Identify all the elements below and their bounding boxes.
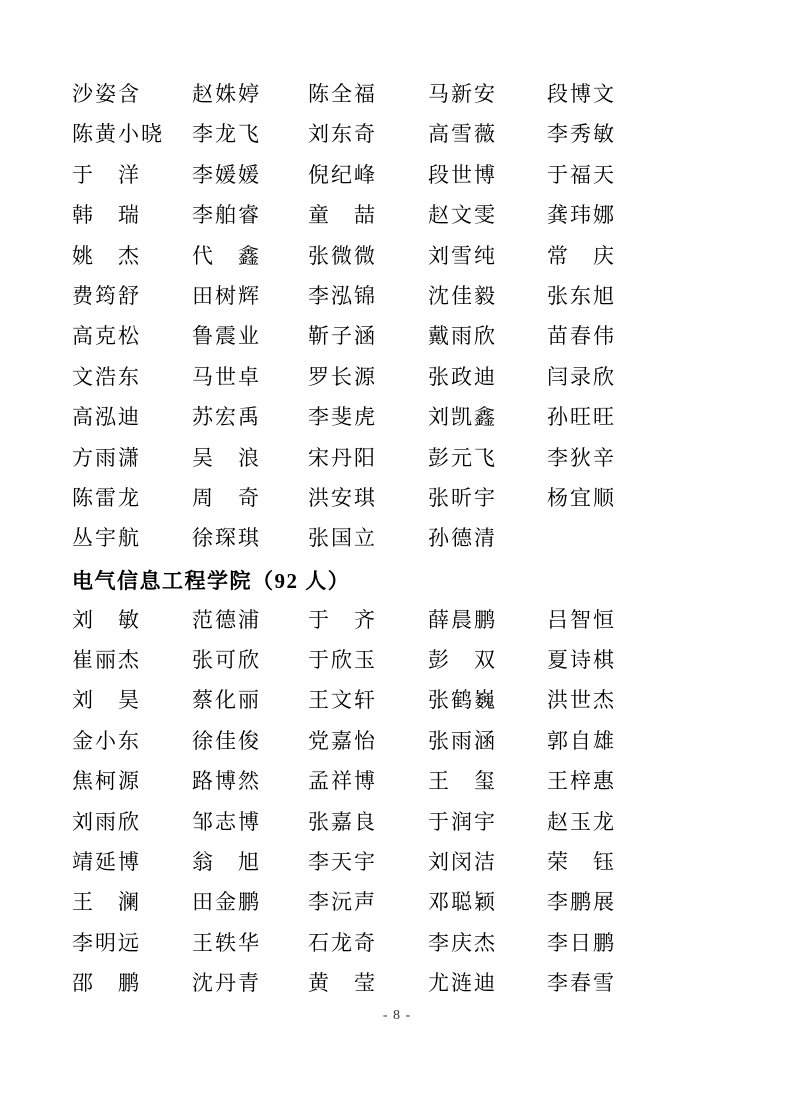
- student-name: 黄 莹: [308, 972, 428, 1012]
- student-name: 范德浦: [192, 609, 308, 649]
- student-name: 闫录欣: [547, 366, 732, 406]
- student-name: 王 澜: [72, 891, 192, 931]
- section-title: 电气信息工程学院（92 人）: [72, 568, 732, 609]
- student-name: 邹志博: [192, 811, 308, 851]
- student-name: 苗春伟: [547, 325, 732, 365]
- student-name: 于 洋: [72, 164, 192, 204]
- student-name: 沈丹青: [192, 972, 308, 1012]
- student-name: 陈黄小晓: [72, 123, 192, 163]
- student-name: 王 玺: [428, 770, 547, 810]
- student-name: 张雨涵: [428, 730, 547, 770]
- student-name: 王轶华: [192, 932, 308, 972]
- student-name: 荣 钰: [547, 851, 732, 891]
- student-name: 张政迪: [428, 366, 547, 406]
- student-name: 张东旭: [547, 285, 732, 325]
- student-name: 李舶睿: [192, 204, 308, 244]
- student-name: 杨宜顺: [547, 487, 732, 527]
- student-name: 李沅声: [308, 891, 428, 931]
- student-name: 崔丽杰: [72, 649, 192, 689]
- student-name: 赵姝婷: [192, 83, 308, 123]
- student-name: 徐佳俊: [192, 730, 308, 770]
- student-name: 沙姿含: [72, 83, 192, 123]
- student-name: 方雨潇: [72, 447, 192, 487]
- student-name: 田金鹏: [192, 891, 308, 931]
- student-name: 戴雨欣: [428, 325, 547, 365]
- student-name: 王文轩: [308, 689, 428, 729]
- student-name: 靳子涵: [308, 325, 428, 365]
- student-name: 段世博: [428, 164, 547, 204]
- student-name: 石龙奇: [308, 932, 428, 972]
- student-name: 鲁震业: [192, 325, 308, 365]
- student-name: 常 庆: [547, 245, 732, 285]
- student-name: 李狄辛: [547, 447, 732, 487]
- student-name: 段博文: [547, 83, 732, 123]
- student-name: 于欣玉: [308, 649, 428, 689]
- student-name: 李庆杰: [428, 932, 547, 972]
- student-name: 韩 瑞: [72, 204, 192, 244]
- student-name: 王梓惠: [547, 770, 732, 810]
- student-name: 李斐虎: [308, 406, 428, 446]
- student-name: 李天宇: [308, 851, 428, 891]
- student-name: 沈佳毅: [428, 285, 547, 325]
- student-name: 倪纪峰: [308, 164, 428, 204]
- student-name: 彭元飞: [428, 447, 547, 487]
- student-name: 周 奇: [192, 487, 308, 527]
- student-name: 刘 敏: [72, 609, 192, 649]
- student-name: 李龙飞: [192, 123, 308, 163]
- student-name: 姚 杰: [72, 245, 192, 285]
- student-name: 路博然: [192, 770, 308, 810]
- student-name: 张可欣: [192, 649, 308, 689]
- student-name: 高泓迪: [72, 406, 192, 446]
- student-name: 张昕宇: [428, 487, 547, 527]
- name-list-section-1: 沙姿含赵姝婷陈全福马新安段博文陈黄小晓李龙飞刘东奇高雪薇李秀敏于 洋李媛媛倪纪峰…: [72, 83, 732, 568]
- student-name: 张鹤巍: [428, 689, 547, 729]
- student-name: 彭 双: [428, 649, 547, 689]
- student-name: 刘雨欣: [72, 811, 192, 851]
- student-name: 翁 旭: [192, 851, 308, 891]
- student-name: 费筠舒: [72, 285, 192, 325]
- student-name: 李日鹏: [547, 932, 732, 972]
- student-name: 李鹏展: [547, 891, 732, 931]
- student-name: 靖延博: [72, 851, 192, 891]
- student-name: 党嘉怡: [308, 730, 428, 770]
- student-name: 刘雪纯: [428, 245, 547, 285]
- student-name: 马世卓: [192, 366, 308, 406]
- student-name: 张微微: [308, 245, 428, 285]
- student-name: 李媛媛: [192, 164, 308, 204]
- student-name: 吕智恒: [547, 609, 732, 649]
- student-name: 李明远: [72, 932, 192, 972]
- student-name: 苏宏禹: [192, 406, 308, 446]
- student-name: 吴 浪: [192, 447, 308, 487]
- document-body: 沙姿含赵姝婷陈全福马新安段博文陈黄小晓李龙飞刘东奇高雪薇李秀敏于 洋李媛媛倪纪峰…: [72, 83, 732, 1013]
- student-name: 李泓锦: [308, 285, 428, 325]
- student-name: 丛宇航: [72, 527, 192, 567]
- student-name: 于 齐: [308, 609, 428, 649]
- student-name: 洪世杰: [547, 689, 732, 729]
- student-name: 李秀敏: [547, 123, 732, 163]
- student-name: 孙德清: [428, 527, 547, 567]
- student-name: 赵文雯: [428, 204, 547, 244]
- student-name: 焦柯源: [72, 770, 192, 810]
- student-name: 代 鑫: [192, 245, 308, 285]
- student-name: 刘闵洁: [428, 851, 547, 891]
- student-name: 马新安: [428, 83, 547, 123]
- student-name: 于福天: [547, 164, 732, 204]
- student-name: 于润宇: [428, 811, 547, 851]
- student-name: 高雪薇: [428, 123, 547, 163]
- student-name: 文浩东: [72, 366, 192, 406]
- student-name: 刘凯鑫: [428, 406, 547, 446]
- student-name: 童 喆: [308, 204, 428, 244]
- student-name: 罗长源: [308, 366, 428, 406]
- student-name: 尤涟迪: [428, 972, 547, 1012]
- student-name: 刘东奇: [308, 123, 428, 163]
- student-name: 李春雪: [547, 972, 732, 1012]
- student-name: 邓聪颖: [428, 891, 547, 931]
- student-name: 邵 鹏: [72, 972, 192, 1012]
- page-number: - 8 -: [0, 1008, 794, 1024]
- student-name: 徐琛琪: [192, 527, 308, 567]
- student-name: 赵玉龙: [547, 811, 732, 851]
- student-name: 金小东: [72, 730, 192, 770]
- student-name: 陈全福: [308, 83, 428, 123]
- student-name: 龚玮娜: [547, 204, 732, 244]
- student-name: 孙旺旺: [547, 406, 732, 446]
- student-name: 夏诗棋: [547, 649, 732, 689]
- name-list-section-2: 刘 敏范德浦于 齐薛晨鹏吕智恒崔丽杰张可欣于欣玉彭 双夏诗棋刘 昊蔡化丽王文轩张…: [72, 609, 732, 1013]
- student-name: 孟祥博: [308, 770, 428, 810]
- student-name: 刘 昊: [72, 689, 192, 729]
- student-name: 张嘉良: [308, 811, 428, 851]
- student-name: 高克松: [72, 325, 192, 365]
- student-name: 蔡化丽: [192, 689, 308, 729]
- student-name: 薛晨鹏: [428, 609, 547, 649]
- student-name: 郭自雄: [547, 730, 732, 770]
- student-name: 张国立: [308, 527, 428, 567]
- student-name: 陈雷龙: [72, 487, 192, 527]
- student-name: 洪安琪: [308, 487, 428, 527]
- student-name: 田树辉: [192, 285, 308, 325]
- student-name: 宋丹阳: [308, 447, 428, 487]
